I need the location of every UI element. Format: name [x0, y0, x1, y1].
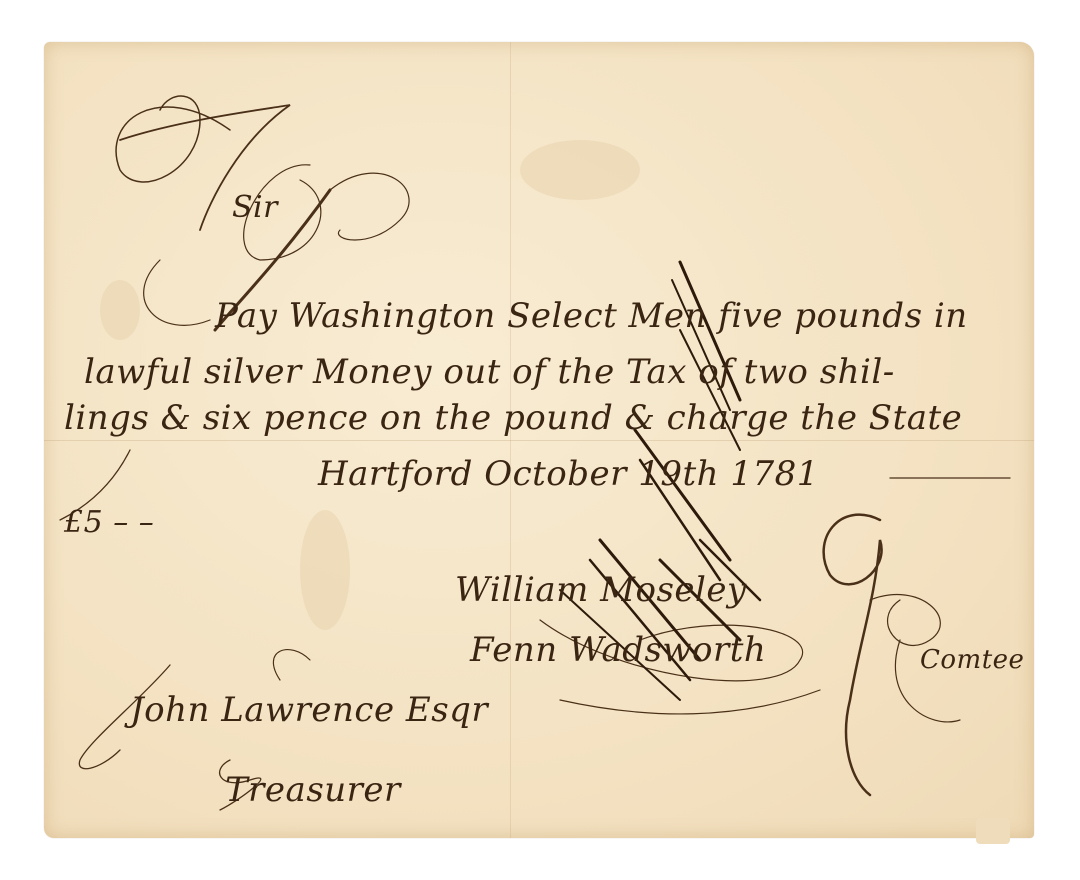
paper-torn-tab: [976, 818, 1010, 844]
body-line-1: Pay Washington Select Men five pounds in: [215, 296, 968, 336]
addressee-title: Treasurer: [225, 770, 401, 810]
addressee-name: John Lawrence Esqr: [130, 690, 488, 730]
amount: £5 – –: [64, 505, 154, 540]
body-line-2: lawful silver Money out of the Tax of tw…: [84, 352, 895, 392]
place-date: Hartford October 19th 1781: [318, 454, 819, 494]
salutation: Sir: [232, 190, 278, 225]
horizontal-fold-line: [44, 440, 1034, 441]
body-line-3: lings & six pence on the pound & charge …: [64, 398, 962, 438]
committee-label: Comtee: [920, 645, 1024, 675]
signature-1: William Moseley: [455, 570, 747, 610]
paper-stain: [100, 280, 140, 340]
paper-stain: [300, 510, 350, 630]
signature-2: Fenn Wadsworth: [470, 630, 766, 670]
paper-stain: [520, 140, 640, 200]
